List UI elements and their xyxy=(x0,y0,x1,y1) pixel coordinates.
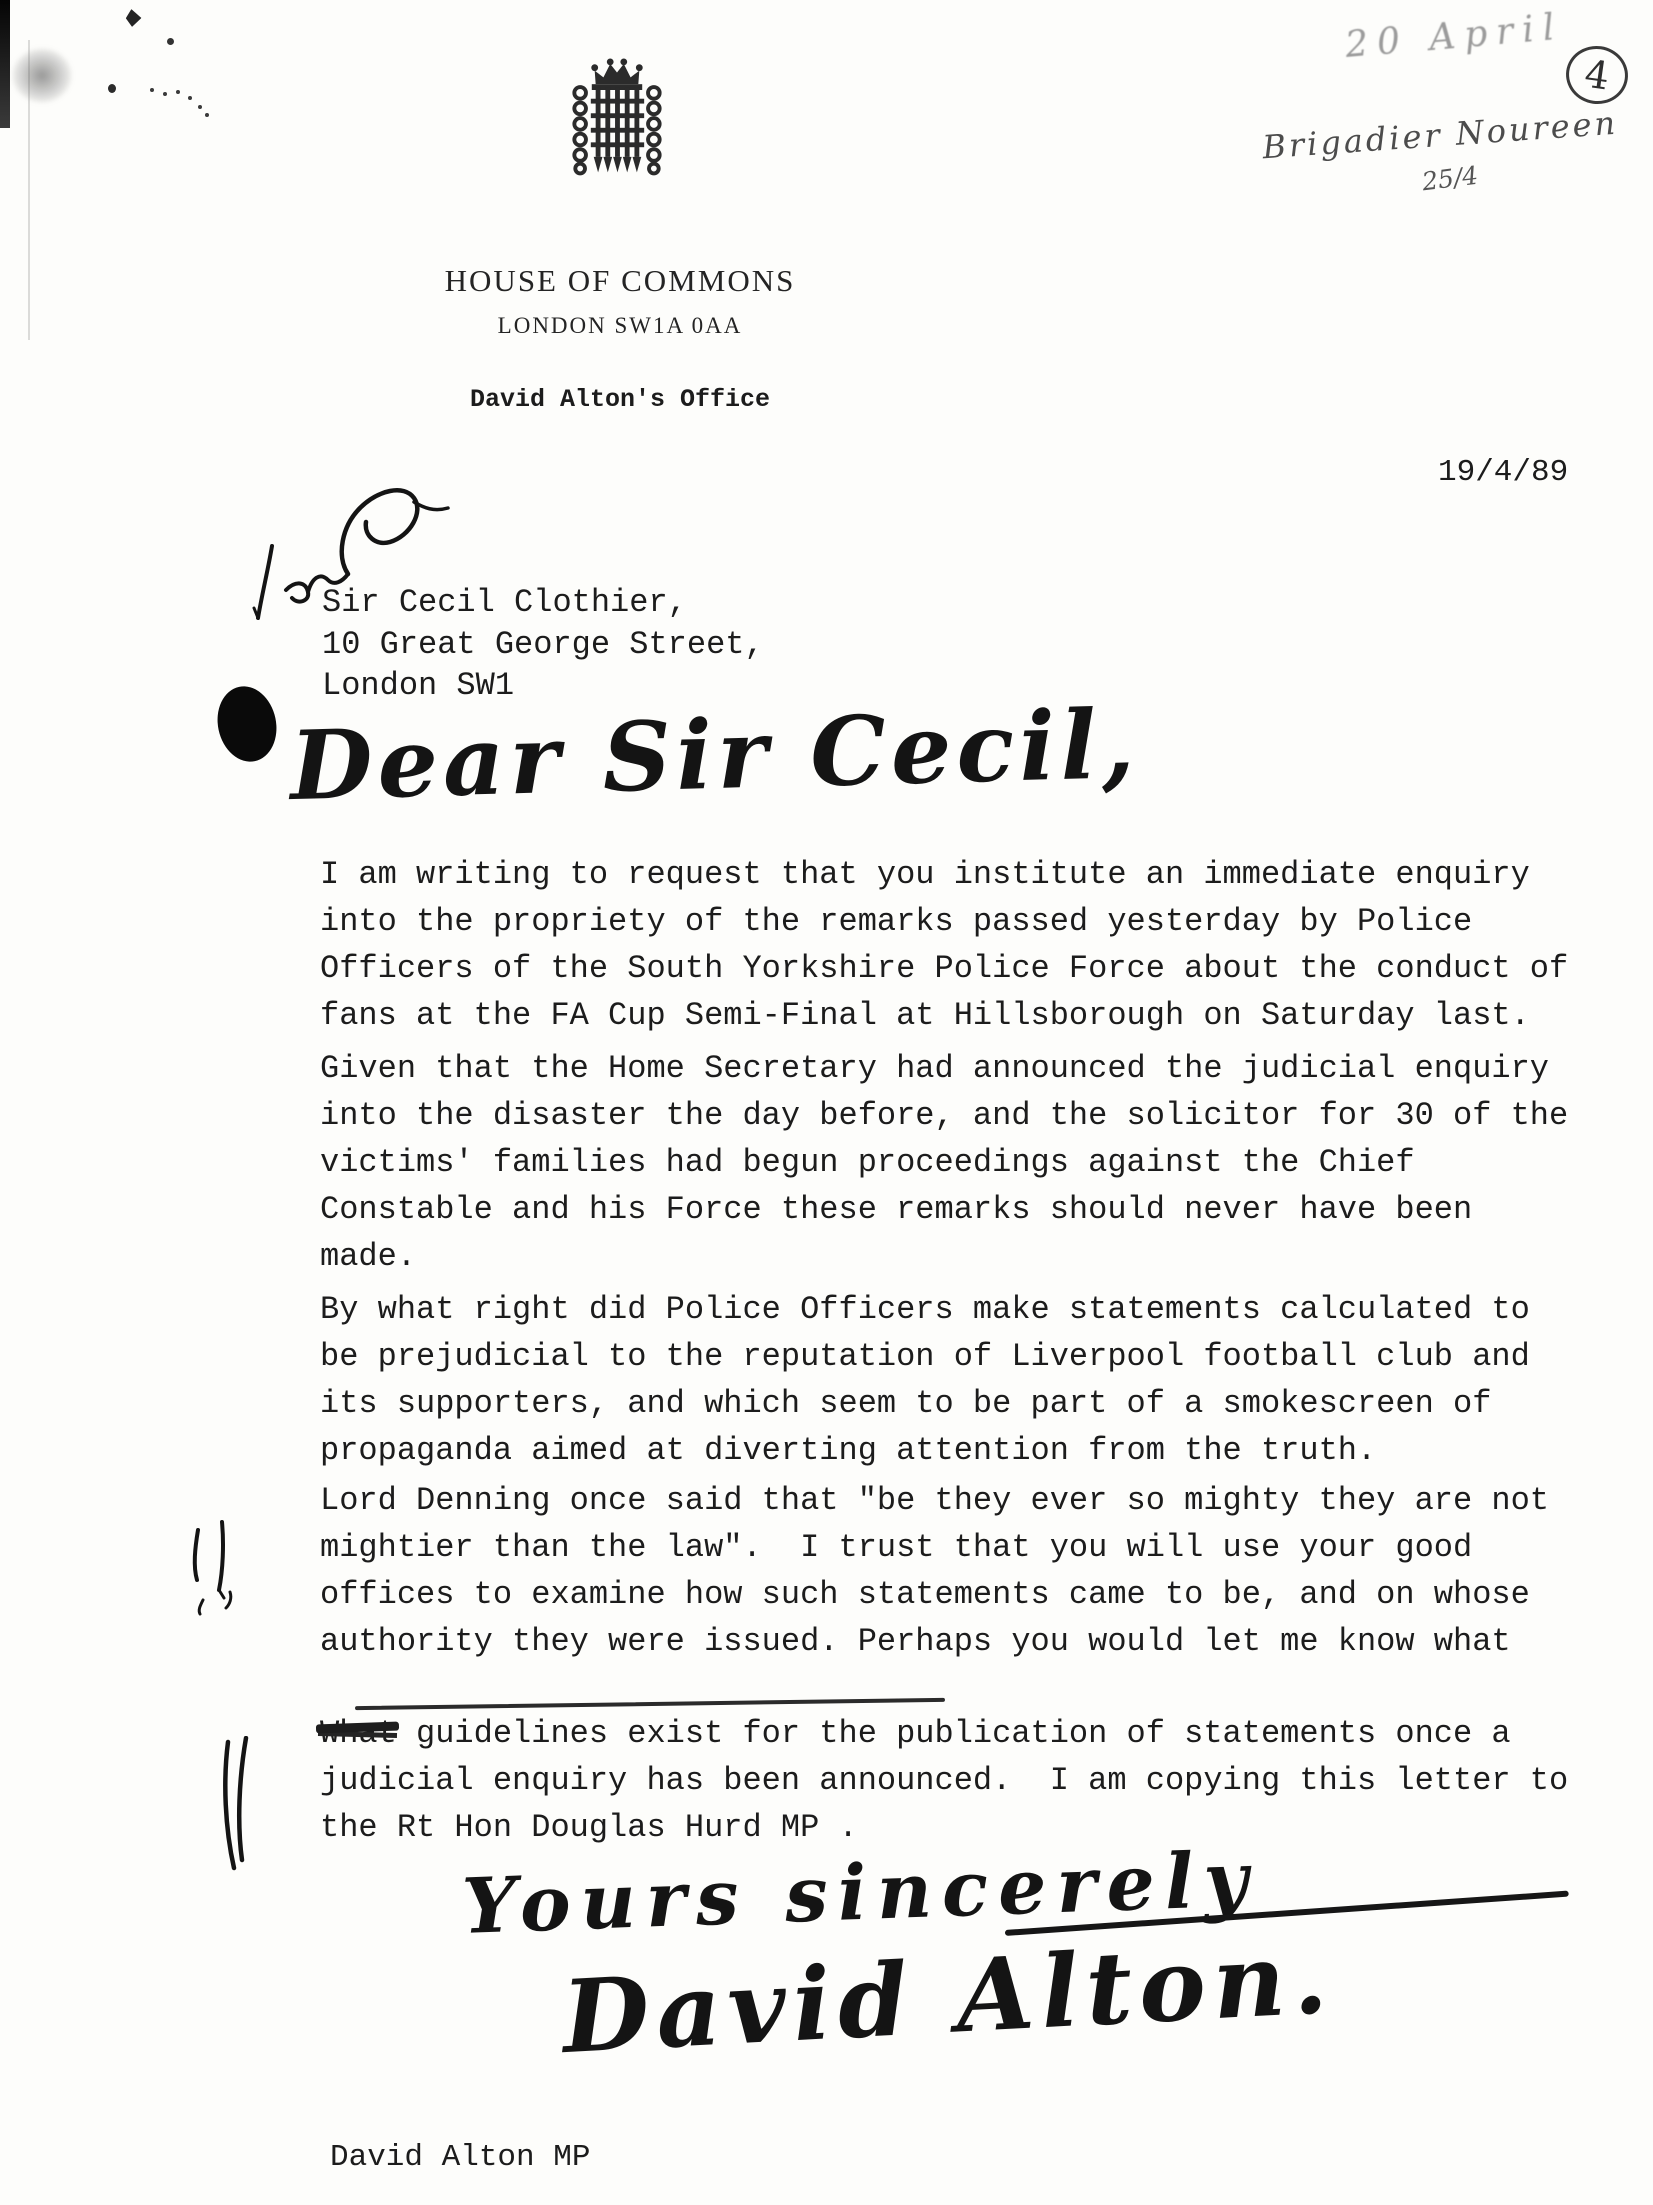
scan-edge-artifact xyxy=(0,0,10,128)
ink-speck xyxy=(124,8,143,28)
hole-punch-mark xyxy=(211,681,284,767)
body-paragraph-2: Given that the Home Secretary had announ… xyxy=(320,1045,1568,1280)
typed-signatory-name: David Alton MP xyxy=(330,2140,590,2175)
circled-page-number: 4 xyxy=(1562,42,1631,108)
body-paragraph-1: I am writing to request that you institu… xyxy=(320,851,1568,1039)
ink-speck xyxy=(176,90,180,94)
letterhead-organization: HOUSE OF COMMONS xyxy=(320,263,920,299)
body-paragraph-4: Lord Denning once said that "be they eve… xyxy=(320,1477,1549,1665)
page-number-text: 4 xyxy=(1582,52,1612,99)
ink-speck xyxy=(198,105,202,109)
ink-speck xyxy=(188,96,192,100)
letterhead-address: LONDON SW1A 0AA xyxy=(320,313,920,339)
portcullis-crest-icon xyxy=(568,58,666,186)
recipient-address: Sir Cecil Clothier, 10 Great George Stre… xyxy=(322,582,764,707)
recipient-line: Sir Cecil Clothier, xyxy=(322,582,764,624)
body-paragraph-5-text: guidelines exist for the publication of … xyxy=(320,1715,1568,1846)
ink-speck xyxy=(163,92,167,96)
ink-speck xyxy=(150,88,154,92)
ink-speck xyxy=(205,113,209,117)
ink-speck xyxy=(167,38,174,45)
body-paragraph-3: By what right did Police Officers make s… xyxy=(320,1286,1530,1474)
margin-emphasis-marks xyxy=(188,1518,248,1623)
body-paragraph-5: What guidelines exist for the publicatio… xyxy=(320,1710,1568,1851)
margin-double-stroke-mark xyxy=(216,1736,264,1876)
handwritten-salutation: Dear Sir Cecil, xyxy=(289,689,1141,822)
recipient-line: 10 Great George Street, xyxy=(322,624,764,666)
handwritten-routing-note: Brigadier Noureen xyxy=(1261,104,1619,167)
letter-date: 19/4/89 xyxy=(1438,455,1568,490)
pen-underline-mark xyxy=(355,1698,945,1710)
smudge-artifact xyxy=(12,48,72,103)
pencil-date-note: 20 April xyxy=(1344,7,1565,67)
handwritten-routing-date: 25/4 xyxy=(1420,161,1479,197)
struck-out-word: What xyxy=(320,1710,397,1757)
scanned-letter-page: 20 April 4 Brigadier Noureen 25/4 xyxy=(0,0,1653,2205)
letterhead-office-name: David Alton's Office xyxy=(320,385,920,414)
ink-speck xyxy=(108,84,116,93)
